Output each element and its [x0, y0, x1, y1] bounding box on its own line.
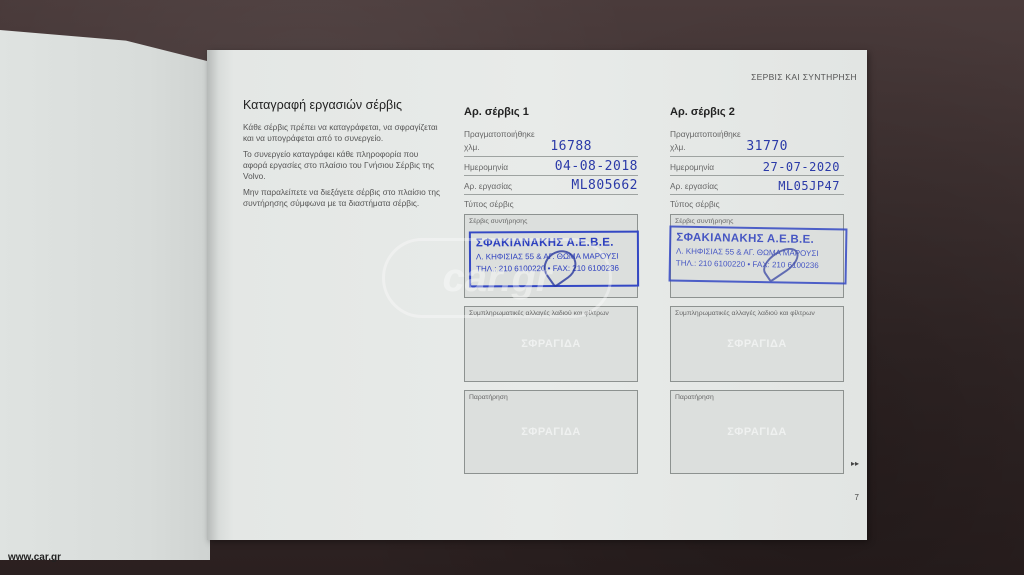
next-page-icon: ▸▸: [851, 459, 859, 468]
intro-paragraph: Μην παραλείπετε να διεξάγετε σέρβις στο …: [243, 187, 443, 209]
work-order-value: ML805662: [571, 178, 638, 193]
note-box-label: Παρατήρηση: [675, 394, 714, 401]
maintenance-box: Σέρβις συντήρησης ΣΦΑΚΙΑΝΑΚΗΣ Α.Ε.Β.Ε. Λ…: [670, 214, 844, 298]
seal-placeholder: ΣΦΡΑΓΙΔΑ: [465, 338, 637, 350]
date-field: Ημερομηνία 27-07-2020: [670, 157, 844, 176]
note-box-label: Παρατήρηση: [469, 394, 508, 401]
stamp-company: ΣΦΑΚΙΑΝΑΚΗΣ Α.Ε.Β.Ε.: [676, 232, 840, 247]
note-box: Παρατήρηση ΣΦΡΑΓΙΔΑ: [670, 390, 844, 474]
page-gutter-shadow: [207, 50, 219, 540]
service-record-2: Αρ. σέρβις 2 Πραγματοποιήθηκε χλμ. 31770…: [670, 106, 844, 474]
service-type-field: Τύπος σέρβις: [464, 195, 638, 212]
maintenance-box-label: Σέρβις συντήρησης: [675, 218, 733, 225]
date-value: 27-07-2020: [763, 160, 840, 174]
km-label-line1: Πραγματοποιήθηκε: [464, 129, 638, 139]
work-order-field: Αρ. εργασίας ML05JP47: [670, 176, 844, 195]
seal-placeholder: ΣΦΡΑΓΙΔΑ: [671, 338, 843, 350]
service-type-label: Τύπος σέρβις: [670, 199, 844, 209]
running-header: ΣΕΡΒΙΣ ΚΑΙ ΣΥΝΤΗΡΗΣΗ: [751, 72, 857, 82]
photo-watermark-logo: car.gr: [382, 238, 612, 318]
date-field: Ημερομηνία 04-08-2018: [464, 157, 638, 176]
service-title: Αρ. σέρβις 1: [464, 106, 638, 118]
service-type-label: Τύπος σέρβις: [464, 199, 638, 209]
page-number: 7: [855, 493, 859, 502]
service-type-field: Τύπος σέρβις: [670, 195, 844, 212]
seal-placeholder: ΣΦΡΑΓΙΔΑ: [465, 426, 637, 438]
service-title: Αρ. σέρβις 2: [670, 106, 844, 118]
km-field: Πραγματοποιήθηκε χλμ. 31770: [670, 127, 844, 157]
date-value: 04-08-2018: [555, 159, 638, 174]
stamp-phones: ΤΗΛ.: 210 6100220 • FAX: 210 6100236: [676, 259, 840, 271]
site-watermark: www.car.gr: [8, 552, 61, 563]
km-value: 16788: [550, 139, 592, 154]
km-field: Πραγματοποιήθηκε χλμ. 16788: [464, 127, 638, 157]
intro-section: Καταγραφή εργασιών σέρβις Κάθε σέρβις πρ…: [243, 98, 443, 214]
stamp-address: Λ. ΚΗΦΙΣΙΑΣ 55 & ΑΓ. ΘΩΜΑ ΜΑΡΟΥΣΙ: [676, 247, 840, 259]
work-order-value: ML05JP47: [778, 179, 840, 193]
intro-paragraph: Κάθε σέρβις πρέπει να καταγράφεται, να σ…: [243, 122, 443, 144]
left-page: [0, 30, 210, 560]
intro-paragraph: Το συνεργείο καταγράφει κάθε πληροφορία …: [243, 149, 443, 182]
oil-box-label: Συμπληρωματικές αλλαγές λαδιού και φίλτρ…: [675, 310, 815, 317]
maintenance-box-label: Σέρβις συντήρησης: [469, 218, 527, 225]
dealer-stamp: ΣΦΑΚΙΑΝΑΚΗΣ Α.Ε.Β.Ε. Λ. ΚΗΦΙΣΙΑΣ 55 & ΑΓ…: [669, 225, 848, 284]
seal-placeholder: ΣΦΡΑΓΙΔΑ: [671, 426, 843, 438]
section-title: Καταγραφή εργασιών σέρβις: [243, 98, 443, 112]
note-box: Παρατήρηση ΣΦΡΑΓΙΔΑ: [464, 390, 638, 474]
oil-filter-box: Συμπληρωματικές αλλαγές λαδιού και φίλτρ…: [670, 306, 844, 382]
km-label-line1: Πραγματοποιήθηκε: [670, 129, 844, 139]
work-order-field: Αρ. εργασίας ML805662: [464, 176, 638, 195]
km-value: 31770: [746, 139, 788, 154]
